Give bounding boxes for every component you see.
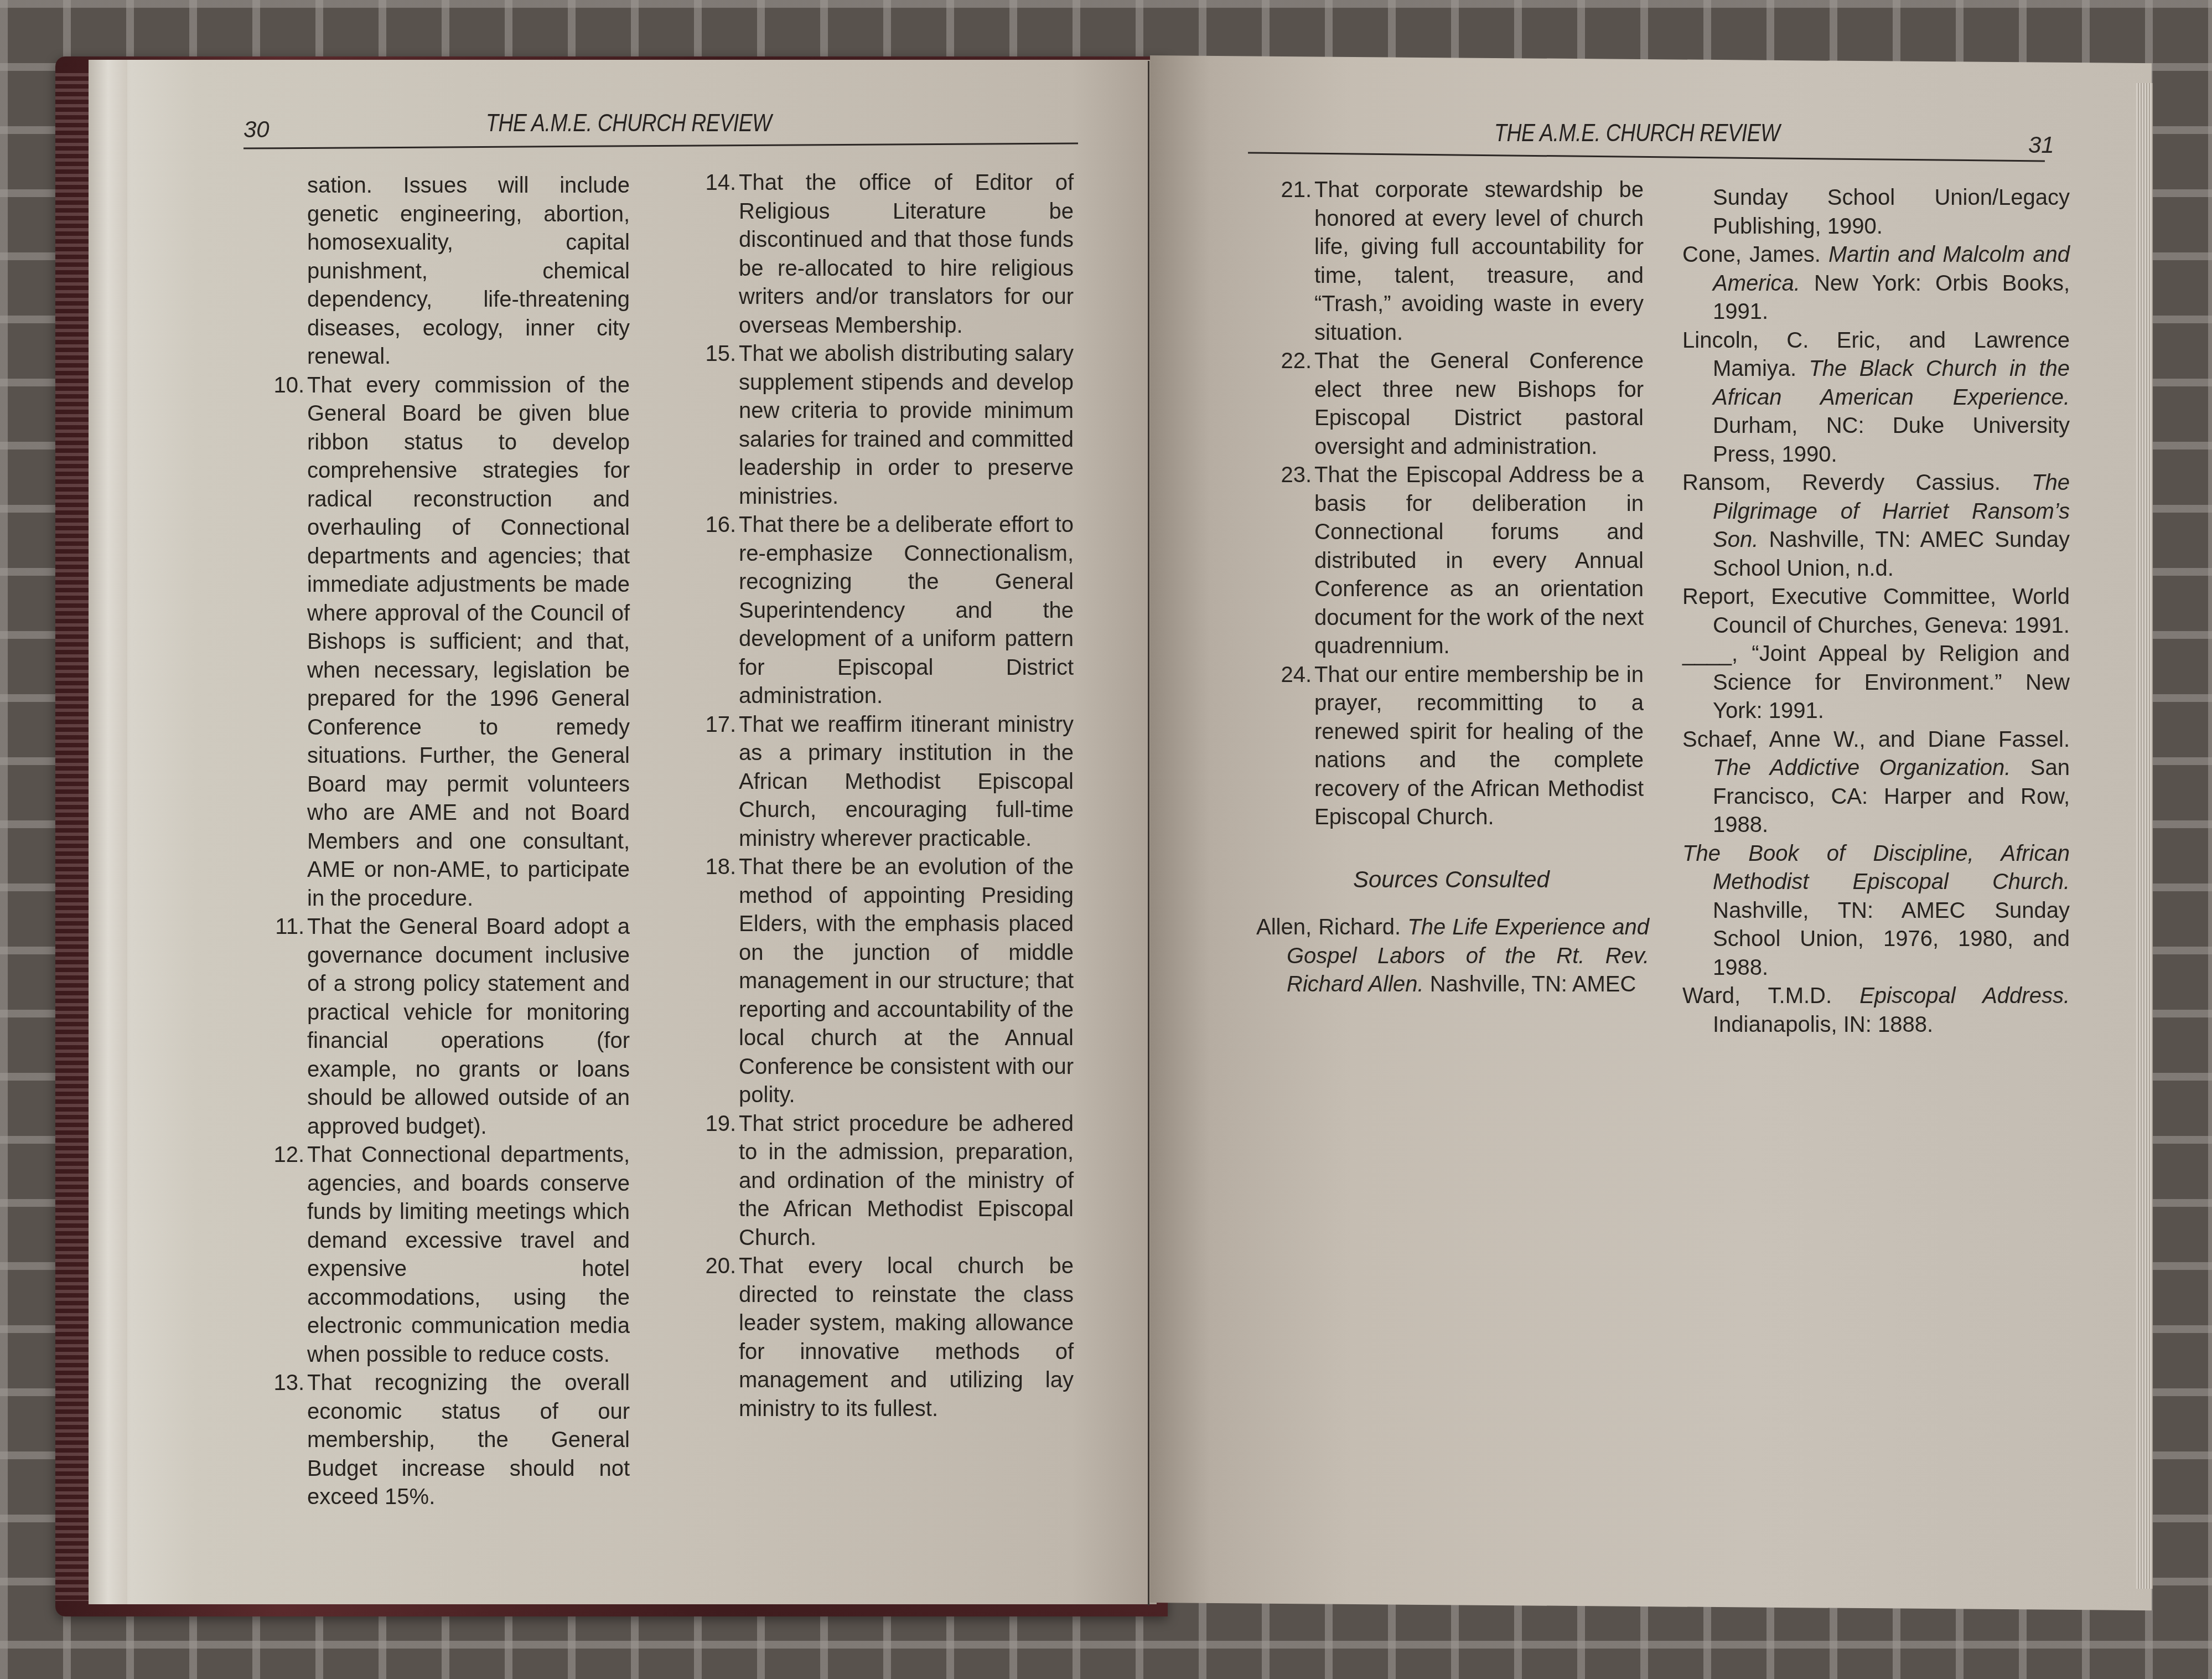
list-item: 18. That there be an evolution of the me… <box>692 853 1074 1110</box>
reference-entry: Sunday School Union/Legacy Publishing, 1… <box>1682 184 2070 241</box>
ref-author: Ward, T.M.D. <box>1682 984 1832 1008</box>
item-text: That there be a deliberate effort to re-… <box>739 513 1074 708</box>
right-running-head: THE A.M.E. CHURCH REVIEW <box>1494 120 1780 147</box>
item-text: That strict procedure be adhered to in t… <box>739 1112 1074 1250</box>
list-item: 15. That we abolish distributing salary … <box>692 340 1074 511</box>
item-text: That we reaffirm itinerant ministry as a… <box>739 712 1074 851</box>
item-text: That every commission of the General Boa… <box>307 373 630 911</box>
item-text: That Connectional departments, agencies,… <box>307 1143 630 1367</box>
right-page-stack <box>2136 83 2153 1589</box>
item-number: 17. <box>692 711 736 740</box>
list-item: 13. That recognizing the overall economi… <box>260 1369 630 1512</box>
list-item: 14. That the office of Editor of Religio… <box>692 169 1074 340</box>
ref-author: ____, “Joint Appeal by Religion and Scie… <box>1682 642 2070 723</box>
list-item: 12. That Connectional departments, agenc… <box>260 1141 630 1369</box>
ref-publication: Durham, NC: Duke University Press, 1990. <box>1713 414 2070 467</box>
list-item: 24. That our entire membership be in pra… <box>1267 661 1644 832</box>
list-item: 16. That there be a deliberate effort to… <box>692 511 1074 711</box>
list-item: 19. That strict procedure be adhered to … <box>692 1110 1074 1253</box>
item-number: 22. <box>1267 347 1312 376</box>
item-text: That we abolish distributing salary supp… <box>739 342 1074 509</box>
item-number: 12. <box>260 1141 304 1170</box>
ref-author: Allen, Richard. <box>1256 915 1401 939</box>
ref-publication: Nashville, TN: AMEC <box>1430 972 1636 996</box>
ref-title: Episcopal Address. <box>1859 984 2070 1008</box>
list-item: 11. That the General Board adopt a gover… <box>260 913 630 1141</box>
left-page-number: 30 <box>244 116 270 143</box>
right-page-number: 31 <box>2028 132 2054 158</box>
item-number: 23. <box>1267 461 1312 490</box>
list-item: 17. That we reaffirm itinerant ministry … <box>692 711 1074 854</box>
reference-entry: ____, “Joint Appeal by Religion and Scie… <box>1682 640 2070 726</box>
first-reference-block: Allen, Richard. The Life Experience and … <box>1256 913 1649 999</box>
book-gutter <box>1148 61 1149 1605</box>
list-item: 21. That corporate stewardship be honore… <box>1267 176 1644 347</box>
ref-author: Schaef, Anne W., and Diane Fassel. <box>1682 727 2070 752</box>
right-column-2: Sunday School Union/Legacy Publishing, 1… <box>1682 184 2070 1039</box>
item-number: 11. <box>260 913 304 942</box>
ref-publication: Nashville, TN: AMEC Sunday School Union,… <box>1713 898 2070 980</box>
reference-entry: Lincoln, C. Eric, and Lawrence Mamiya. T… <box>1682 327 2070 469</box>
item-text: That our entire membership be in prayer,… <box>1314 663 1644 830</box>
sources-heading: Sources Consulted <box>1353 866 1550 893</box>
ref-publication: Nashville, TN: AMEC Sunday School Union,… <box>1713 528 2070 581</box>
left-column-1: sation. Issues will include genetic engi… <box>260 172 630 1512</box>
item-text: That recognizing the overall economic st… <box>307 1371 630 1509</box>
item-number: 18. <box>692 853 736 882</box>
item-text: That the General Board adopt a governanc… <box>307 915 630 1139</box>
left-page-edge <box>89 60 127 1604</box>
item-text: That the General Conference elect three … <box>1314 349 1644 459</box>
right-column-1: 21. That corporate stewardship be honore… <box>1267 176 1644 832</box>
ref-author: Cone, James. <box>1682 242 1821 267</box>
left-running-head: THE A.M.E. CHURCH REVIEW <box>486 110 771 137</box>
item-number: 21. <box>1267 176 1312 205</box>
cover-spine-texture <box>55 73 89 1601</box>
list-item: 10. That every commission of the General… <box>260 371 630 913</box>
ref-author: Ransom, Reverdy Cassius. <box>1682 471 2001 495</box>
reference-entry: Report, Executive Committee, World Counc… <box>1682 583 2070 640</box>
item-number: 24. <box>1267 661 1312 690</box>
item-text: That the office of Editor of Religious L… <box>739 171 1074 338</box>
reference-entry: Cone, James. Martin and Malcolm and Amer… <box>1682 241 2070 327</box>
item-number: 19. <box>692 1110 736 1139</box>
ref-publication: Sunday School Union/Legacy Publishing, 1… <box>1713 185 2070 239</box>
item-number: 16. <box>692 511 736 540</box>
ref-publication: Indianapolis, IN: 1888. <box>1713 1012 1933 1037</box>
reference-entry: The Book of Discipline, African Methodis… <box>1682 840 2070 983</box>
item-text: That the Episcopal Address be a basis fo… <box>1314 463 1644 658</box>
reference-entry: Allen, Richard. The Life Experience and … <box>1256 913 1649 999</box>
ref-author: Report, Executive Committee, World Counc… <box>1682 585 2070 638</box>
left-column-2: 14. That the office of Editor of Religio… <box>692 169 1074 1423</box>
item-number: 14. <box>692 169 736 198</box>
item-number: 10. <box>260 371 304 400</box>
list-item: 22. That the General Conference elect th… <box>1267 347 1644 461</box>
reference-entry: Ward, T.M.D. Episcopal Address. Indianap… <box>1682 982 2070 1039</box>
item-number: 20. <box>692 1252 736 1281</box>
item-number: 15. <box>692 340 736 369</box>
reference-entry: Schaef, Anne W., and Diane Fassel. The A… <box>1682 726 2070 840</box>
list-item: 23. That the Episcopal Address be a basi… <box>1267 461 1644 661</box>
ref-title: The Book of Discipline, African Methodis… <box>1682 841 2070 895</box>
item-text: That there be an evolution of the method… <box>739 855 1074 1107</box>
continuation-paragraph: sation. Issues will include genetic engi… <box>260 172 630 371</box>
item-text: That every local church be directed to r… <box>739 1254 1074 1421</box>
item-number: 13. <box>260 1369 304 1398</box>
reference-entry: Ransom, Reverdy Cassius. The Pilgrimage … <box>1682 469 2070 583</box>
item-text: That corporate stewardship be honored at… <box>1314 178 1644 345</box>
list-item: 20. That every local church be directed … <box>692 1252 1074 1423</box>
ref-title: The Addictive Organization. <box>1713 756 2011 780</box>
